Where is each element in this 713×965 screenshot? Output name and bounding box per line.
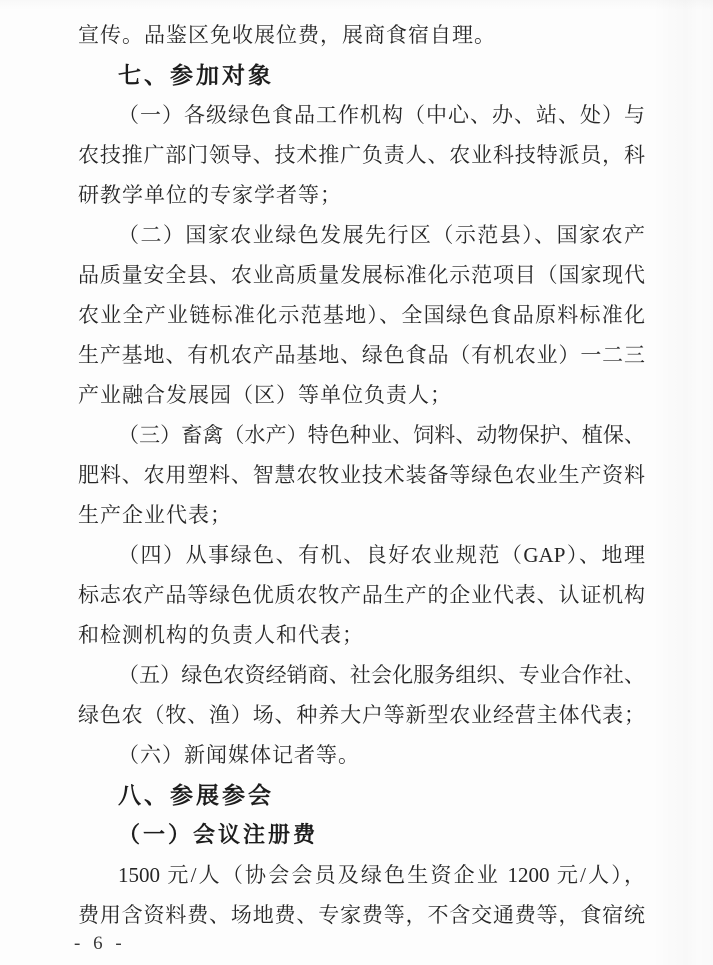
page-number: - 6 - — [74, 933, 126, 955]
scan-artifact-top — [0, 0, 713, 10]
item-5-line-2: 绿色农（牧、渔）场、种养大户等新型农业经营主体代表； — [78, 695, 645, 735]
document-text-block: 宣传。品鉴区免收展位费，展商食宿自理。 七、参加对象 （一）各级绿色食品工作机构… — [78, 15, 645, 935]
fee-paragraph-line-1: 1500 元/人（协会会员及绿色生资企业 1200 元/人）， — [78, 855, 645, 895]
item-2-line-4: 生产基地、有机农产品基地、绿色食品（有机农业）一二三 — [78, 335, 645, 375]
fee-paragraph-line-2: 费用含资料费、场地费、专家费等，不含交通费等，食宿统 — [78, 895, 645, 935]
item-1-line-1: （一）各级绿色食品工作机构（中心、办、站、处）与 — [78, 95, 645, 135]
item-2-line-5: 产业融合发展园（区）等单位负责人； — [78, 375, 645, 415]
item-1-line-3: 研教学单位的专家学者等； — [78, 175, 645, 215]
item-5-line-1: （五）绿色农资经销商、社会化服务组织、专业合作社、 — [78, 655, 645, 695]
item-3-line-1: （三）畜禽（水产）特色种业、饲料、动物保护、植保、 — [78, 415, 645, 455]
scan-artifact-right-streaks — [653, 0, 713, 965]
item-2-line-3: 农业全产业链标准化示范基地）、全国绿色食品原料标准化 — [78, 295, 645, 335]
item-6-line-1: （六）新闻媒体记者等。 — [78, 735, 645, 775]
item-2-line-1: （二）国家农业绿色发展先行区（示范县）、国家农产 — [78, 215, 645, 255]
section-7-heading: 七、参加对象 — [78, 55, 645, 95]
item-4-line-3: 和检测机构的负责人和代表； — [78, 615, 645, 655]
section-8-heading: 八、参展参会 — [78, 775, 645, 815]
item-3-line-2: 肥料、农用塑料、智慧农牧业技术装备等绿色农业生产资料 — [78, 455, 645, 495]
item-4-line-1: （四）从事绿色、有机、良好农业规范（GAP）、地理 — [78, 535, 645, 575]
item-4-line-2: 标志农产品等绿色优质农牧产品生产的企业代表、认证机构 — [78, 575, 645, 615]
document-page: 宣传。品鉴区免收展位费，展商食宿自理。 七、参加对象 （一）各级绿色食品工作机构… — [0, 0, 713, 965]
registration-fee-subheading: （一）会议注册费 — [78, 815, 645, 855]
item-2-line-2: 品质量安全县、农业高质量发展标准化示范项目（国家现代 — [78, 255, 645, 295]
item-3-line-3: 生产企业代表； — [78, 495, 645, 535]
paragraph-continuation-line: 宣传。品鉴区免收展位费，展商食宿自理。 — [78, 15, 645, 55]
item-1-line-2: 农技推广部门领导、技术推广负责人、农业科技特派员，科 — [78, 135, 645, 175]
